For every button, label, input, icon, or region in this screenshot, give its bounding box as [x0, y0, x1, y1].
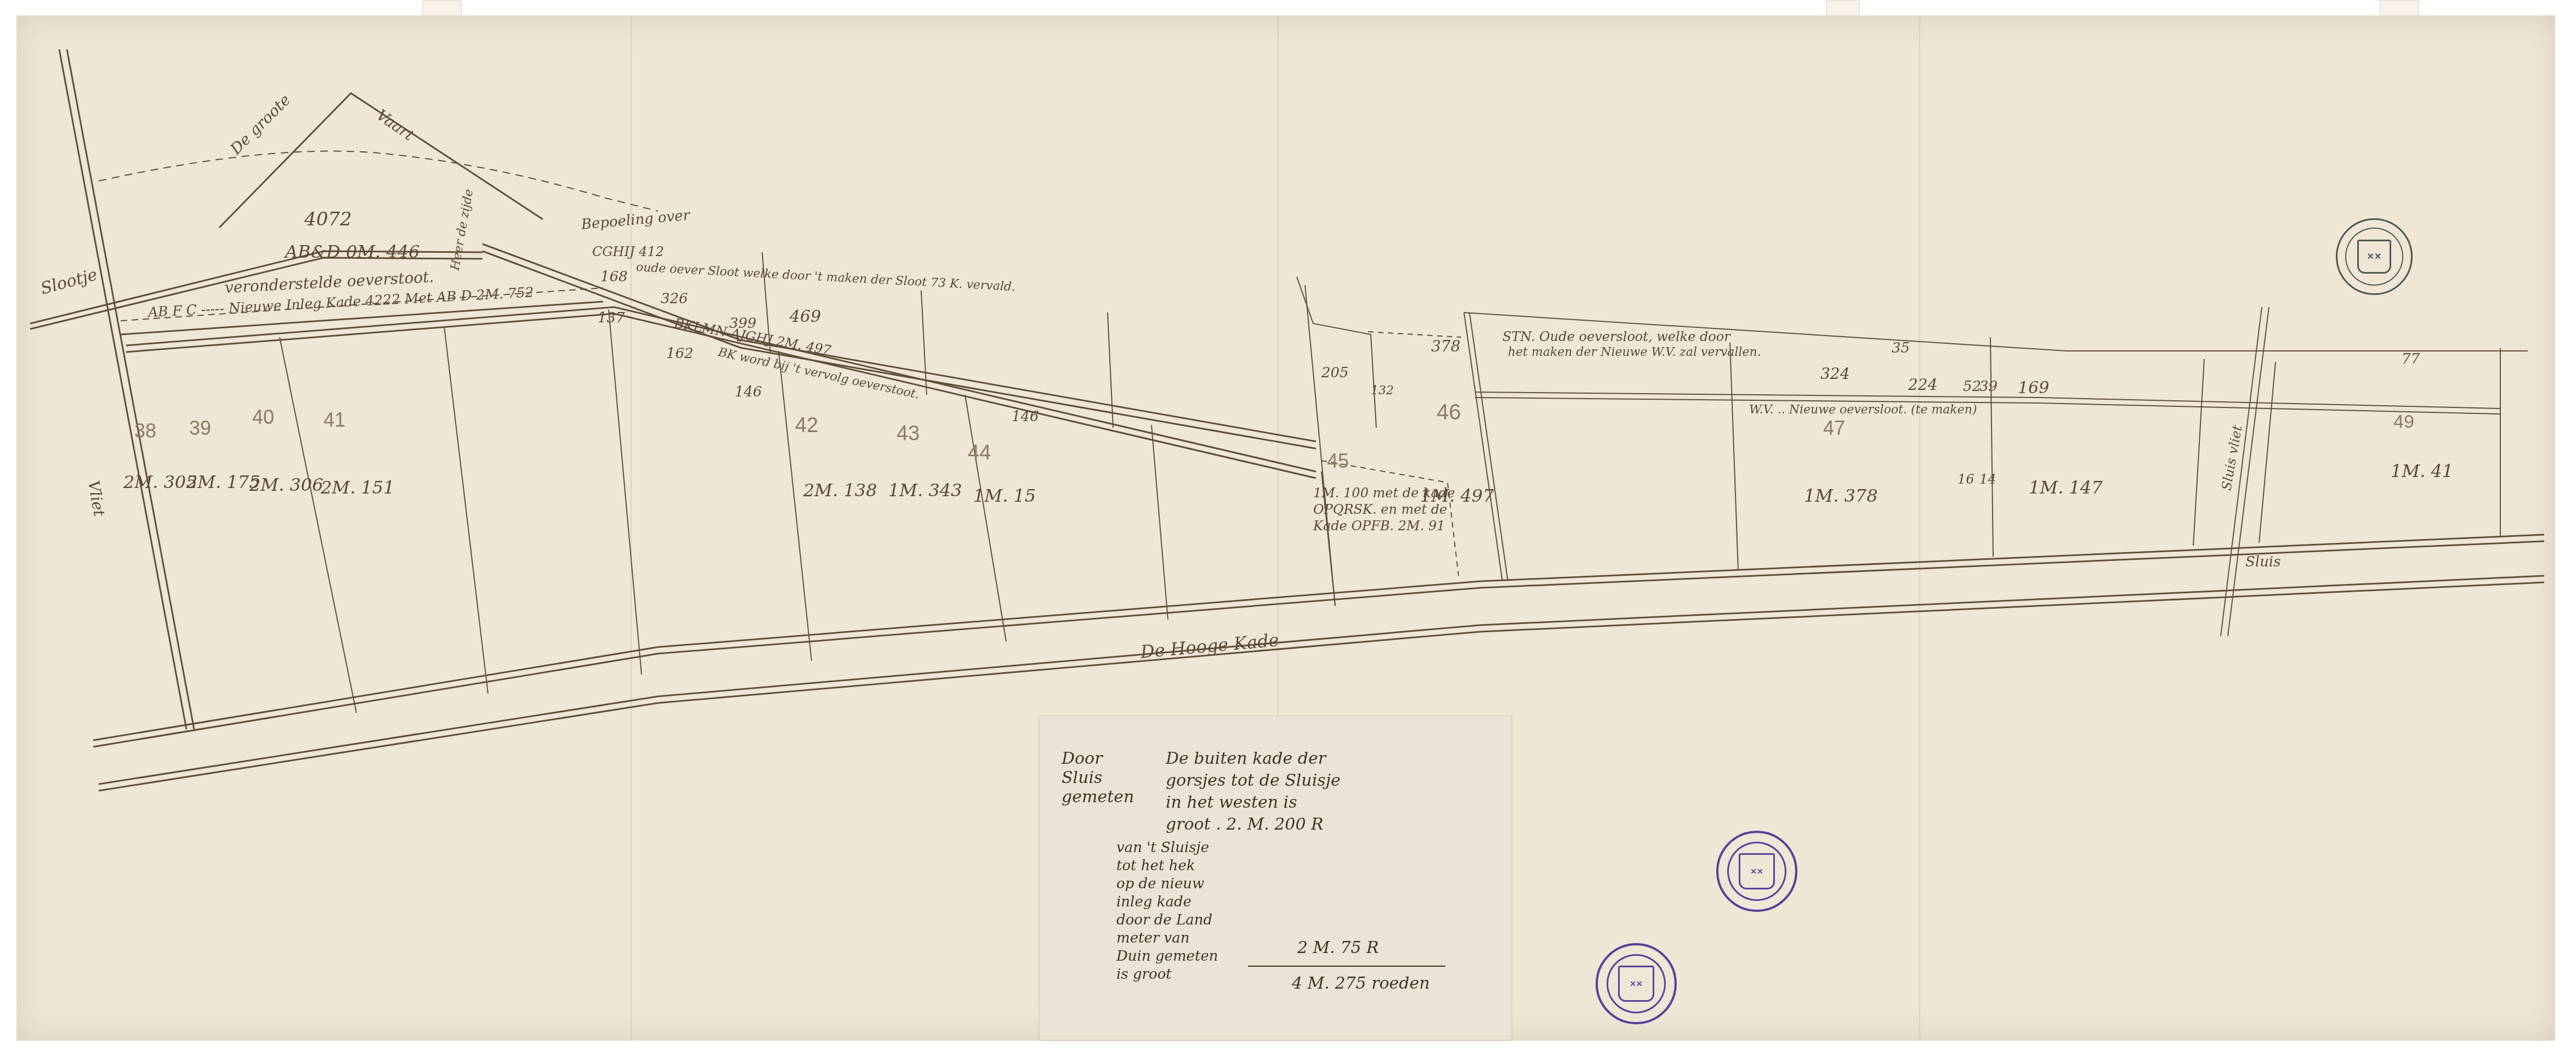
- value-162: 162: [666, 345, 694, 362]
- parcel-id-42: 42: [795, 414, 818, 438]
- label-nieuwe-oeversloot: W.V. .. Nieuwe oeversloot. (te maken): [1749, 403, 1977, 417]
- label-stn-vervallen: het maken der Nieuwe W.V. zal vervallen.: [1508, 345, 1761, 359]
- note-line-4: groot . 2. M. 200 R: [1166, 815, 1324, 834]
- note-line-1: De buiten kade der: [1166, 749, 1326, 768]
- label-stn-oude-oeversloot: STN. Oude oeversloot, welke door: [1502, 329, 1730, 344]
- parcel-id-41: 41: [324, 409, 345, 432]
- value-469: 469: [790, 307, 821, 326]
- parcel-area-44: 1M. 15: [973, 485, 1036, 506]
- value-14: 14: [1979, 472, 1996, 487]
- note-lower-2: tot het hek: [1116, 858, 1195, 874]
- parcel-area-46: 1M. 497: [1420, 485, 1494, 506]
- pasted-note: Door Sluis gemeten De buiten kade der go…: [1039, 716, 1512, 1040]
- value-146b: 146: [1012, 409, 1039, 425]
- note-lower-6: meter van: [1116, 930, 1190, 946]
- value-137: 137: [598, 310, 625, 326]
- parcel-area-40: 2M. 306: [249, 474, 324, 495]
- parcel-id-43: 43: [897, 422, 920, 446]
- parcel-id-47: 47: [1823, 417, 1845, 440]
- value-39: 39: [1979, 378, 1998, 395]
- note-lower-3: op de nieuw: [1116, 876, 1204, 892]
- note-lower-5: door de Land: [1116, 912, 1212, 928]
- value-132: 132: [1371, 384, 1394, 398]
- note-lower-1: van 't Sluisje: [1116, 840, 1209, 856]
- note-sum-total: 4 M. 275 roeden: [1292, 974, 1430, 993]
- archive-stamp-violet: ✕✕: [1716, 831, 1797, 912]
- label-parcel-446: AB&D 0M. 446: [285, 241, 419, 262]
- parcel-area-41: 2M. 151: [321, 477, 395, 498]
- parcel-id-44: 44: [968, 441, 991, 465]
- parcel-area-49: 1M. 41: [2391, 461, 2453, 481]
- note-margin-1: Door: [1062, 749, 1103, 768]
- value-169: 169: [2018, 378, 2049, 398]
- value-77: 77: [2402, 351, 2420, 367]
- note-lower-8: is groot: [1116, 966, 1172, 983]
- value-52: 52: [1963, 378, 1981, 395]
- note-line-3: in het westen is: [1166, 793, 1297, 812]
- value-378: 378: [1431, 337, 1460, 355]
- parcel-area-45-line3: Kade OPFB. 2M. 91: [1313, 518, 1445, 534]
- parcel-id-46: 46: [1437, 400, 1461, 425]
- label-parcel-4072: 4072: [304, 208, 352, 230]
- value-326: 326: [661, 291, 688, 307]
- parcel-id-49: 49: [2393, 411, 2414, 433]
- note-margin-3: gemeten: [1062, 787, 1134, 807]
- parcel-id-45: 45: [1327, 450, 1349, 473]
- value-224: 224: [1908, 376, 1937, 394]
- value-168: 168: [600, 269, 628, 285]
- parcel-area-47: 1M. 378: [1804, 485, 1878, 506]
- note-sum-rule: [1248, 966, 1445, 967]
- value-146a: 146: [735, 384, 762, 400]
- note-lower-7: Duin gemeten: [1116, 948, 1218, 965]
- archive-stamp-grey: ✕✕: [2336, 218, 2413, 295]
- archive-stamp-violet: ✕✕: [1596, 943, 1677, 1024]
- value-205: 205: [1321, 365, 1349, 381]
- note-lower-4: inleg kade: [1116, 894, 1191, 910]
- value-35: 35: [1892, 340, 1910, 356]
- label-cghij: CGHIJ 412: [592, 244, 664, 259]
- parcel-area-43: 1M. 343: [888, 480, 962, 501]
- parcel-area-48: 1M. 147: [2029, 477, 2103, 498]
- note-margin-2: Sluis: [1062, 768, 1102, 787]
- value-324: 324: [1820, 365, 1849, 383]
- note-line-2: gorsjes tot de Sluisje: [1166, 771, 1341, 790]
- parcel-id-40: 40: [252, 406, 274, 429]
- note-sum-top: 2 M. 75 R: [1297, 938, 1379, 957]
- parcel-area-42: 2M. 138: [803, 480, 877, 501]
- value-16: 16: [1957, 472, 1974, 487]
- label-sluis: Sluis: [2245, 554, 2281, 570]
- parcel-id-38: 38: [134, 419, 156, 443]
- parcel-id-39: 39: [189, 417, 211, 440]
